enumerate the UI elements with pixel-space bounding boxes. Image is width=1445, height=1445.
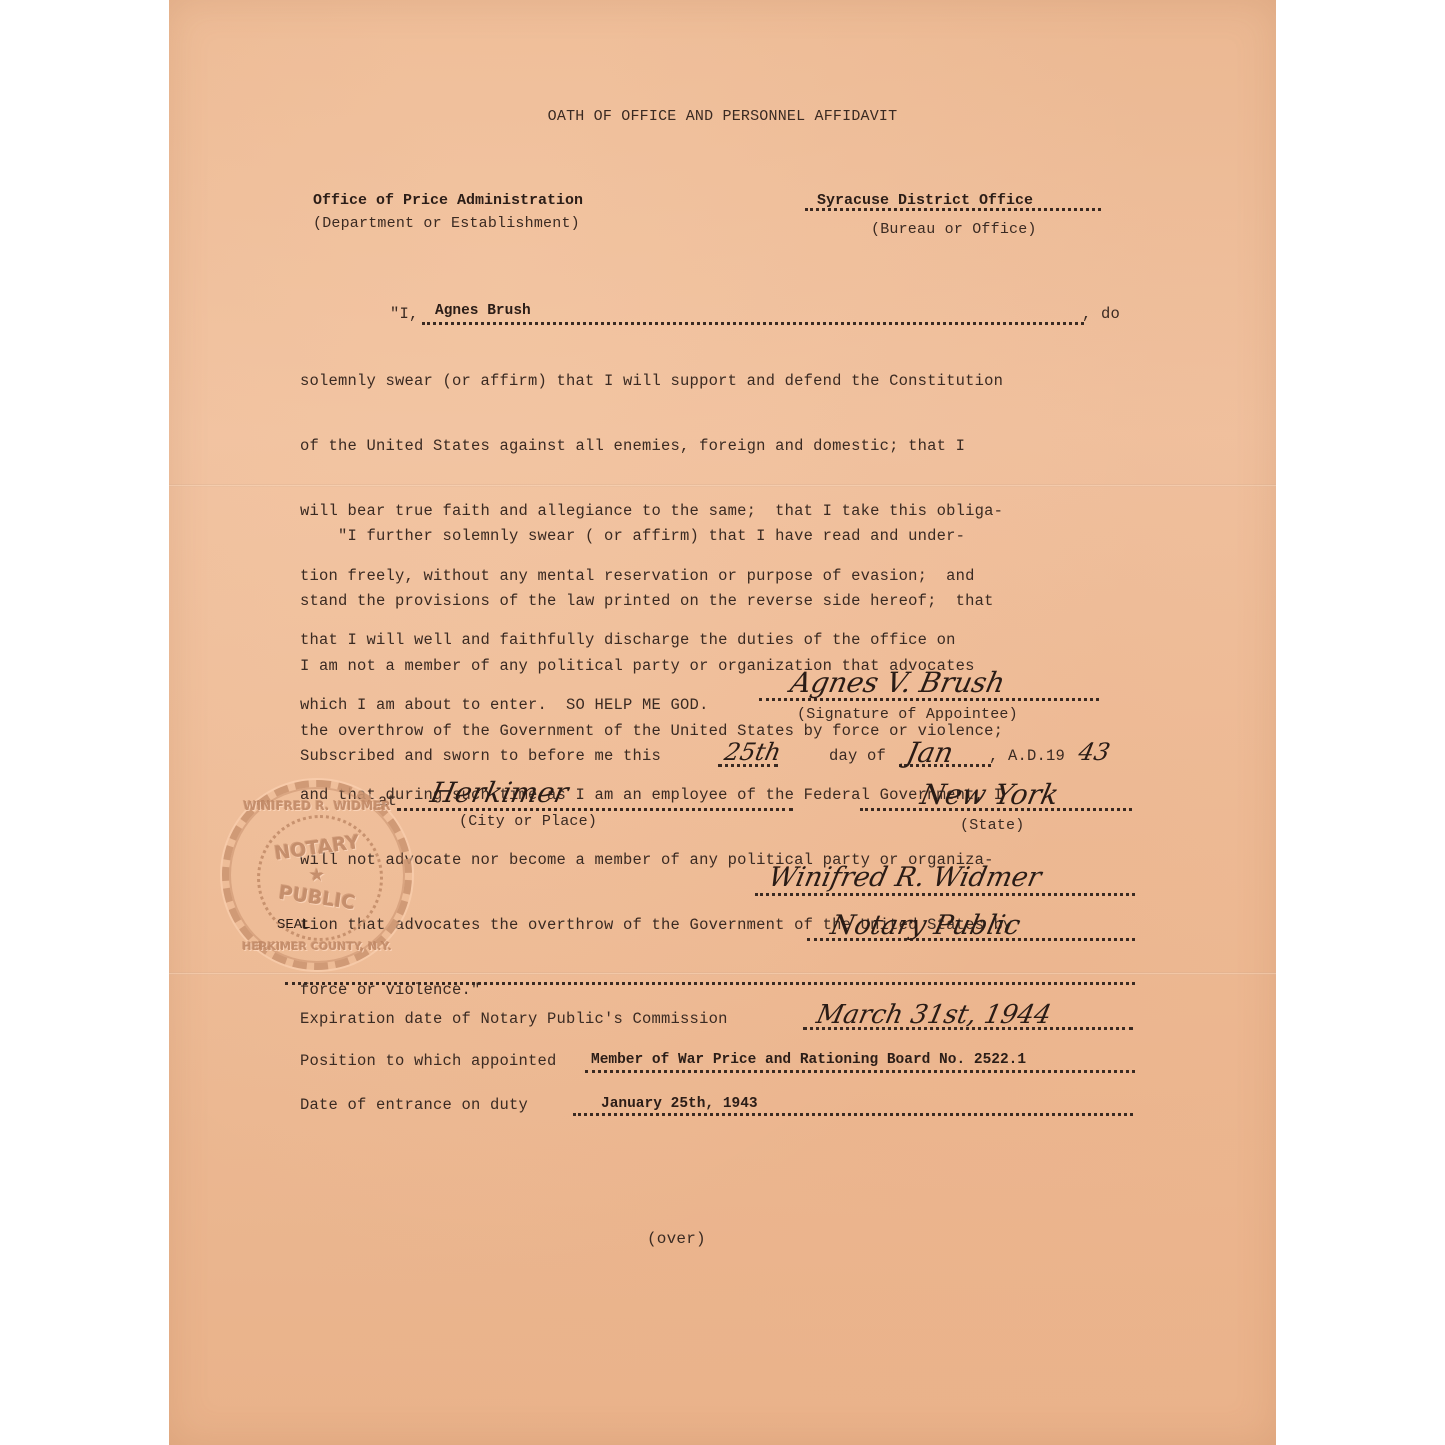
position-value: Member of War Price and Rationing Board … — [591, 1052, 1026, 1068]
sworn-day: 25th — [722, 738, 784, 766]
seal-notary-name: WINIFRED R. WIDMER — [229, 799, 405, 813]
document-page: OATH OF OFFICE AND PERSONNEL AFFIDAVIT O… — [169, 0, 1276, 1445]
state-caption: (State) — [960, 817, 1024, 834]
entrance-value: January 25th, 1943 — [601, 1096, 758, 1112]
entrance-line — [573, 1113, 1133, 1116]
separator-dotted-line — [285, 982, 1135, 985]
day-of-label: day of — [829, 747, 886, 765]
department-caption: (Department or Establishment) — [313, 215, 580, 232]
bureau-caption: (Bureau or Office) — [871, 221, 1037, 238]
sworn-year: 43 — [1076, 738, 1112, 766]
bureau-value: Syracuse District Office — [817, 192, 1033, 209]
department-value: Office of Price Administration — [313, 192, 583, 209]
expiration-value: March 31st, 1944 — [814, 1000, 1054, 1030]
place-city: Herkimer — [427, 776, 571, 809]
document-title: OATH OF OFFICE AND PERSONNEL AFFIDAVIT — [169, 108, 1276, 125]
notary-seal: WINIFRED R. WIDMER NOTARY ★ PUBLIC HERKI… — [222, 780, 412, 970]
footer-over: (over) — [647, 1230, 706, 1248]
seal-county-text: HERKIMER COUNTY, N.Y. — [229, 940, 405, 953]
expiration-label: Expiration date of Notary Public's Commi… — [300, 1010, 728, 1028]
notary-title: Notary Public — [828, 910, 1023, 941]
city-caption: (City or Place) — [459, 813, 597, 830]
place-state: New York — [917, 778, 1061, 811]
position-line — [585, 1070, 1135, 1073]
sworn-month: Jan — [903, 736, 956, 769]
notary-signature-line — [755, 893, 1135, 896]
entrance-label: Date of entrance on duty — [300, 1096, 528, 1114]
appointee-name-line — [422, 322, 1084, 325]
ad-label: , A.D.19 — [989, 747, 1065, 765]
sworn-prefix: Subscribed and sworn to before me this — [300, 747, 661, 765]
notary-signature: Winifred R. Widmer — [766, 862, 1044, 893]
position-label: Position to which appointed — [300, 1052, 557, 1070]
oath-prefix: "I, — [390, 305, 419, 323]
seal-label: SEAL — [277, 917, 311, 933]
oath-suffix: , do — [1082, 305, 1120, 323]
appointee-signature: Agnes V. Brush — [787, 666, 1008, 699]
signature-caption: (Signature of Appointee) — [797, 706, 1018, 723]
appointee-name: Agnes Brush — [435, 303, 531, 319]
